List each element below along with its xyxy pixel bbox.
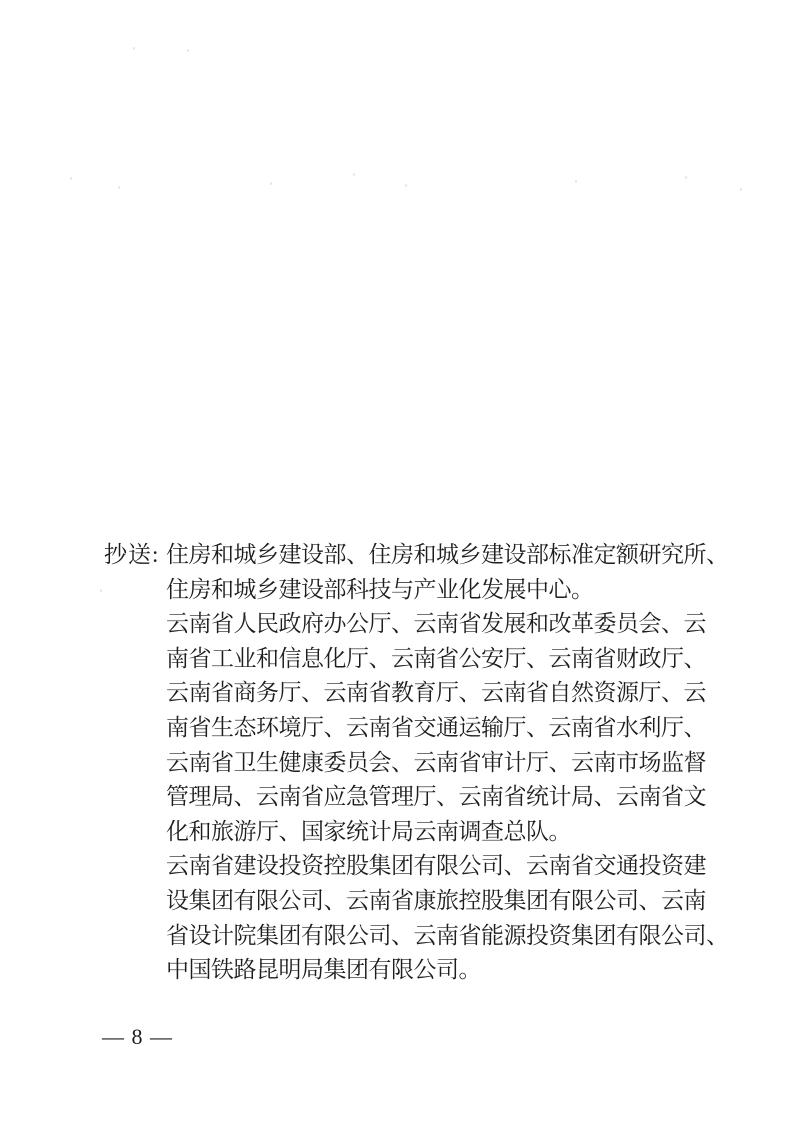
cc-line: 化和旅游厅、国家统计局云南调查总队。 (166, 815, 744, 850)
scan-noise-speck (270, 182, 272, 185)
cc-line: 云南省人民政府办公厅、云南省发展和改革委员会、云 (166, 607, 744, 642)
cc-line: 省设计院集团有限公司、云南省能源投资集团有限公司、 (166, 919, 744, 954)
scan-noise-speck (187, 49, 189, 52)
scan-noise-speck (685, 176, 687, 179)
scan-noise-speck (70, 177, 72, 180)
cc-line: 云南省商务厅、云南省教育厅、云南省自然资源厅、云 (166, 676, 744, 711)
scanned-document-page: 抄送: 住房和城乡建设部、住房和城乡建设部标准定额研究所、住房和城乡建设部科技与… (0, 0, 793, 1122)
cc-line: 南省生态环境厅、云南省交通运输厅、云南省水利厅、 (166, 711, 744, 746)
scan-noise-speck (100, 589, 102, 592)
scan-noise-speck (405, 184, 407, 187)
cc-line: 中国铁路昆明局集团有限公司。 (166, 953, 744, 988)
cc-label: 抄送: (104, 538, 159, 573)
scan-noise-speck (575, 180, 577, 183)
cc-line: 南省工业和信息化厅、云南省公安厅、云南省财政厅、 (166, 642, 744, 677)
cc-recipient-lines: 住房和城乡建设部、住房和城乡建设部标准定额研究所、住房和城乡建设部科技与产业化发… (166, 538, 744, 988)
cc-line: 云南省建设投资控股集团有限公司、云南省交通投资建 (166, 849, 744, 884)
cc-line: 云南省卫生健康委员会、云南省审计厅、云南市场监督 (166, 746, 744, 781)
cc-line: 住房和城乡建设部科技与产业化发展中心。 (166, 573, 744, 608)
cc-line: 住房和城乡建设部、住房和城乡建设部标准定额研究所、 (166, 538, 744, 573)
scan-noise-speck (353, 173, 355, 176)
cc-line: 设集团有限公司、云南省康旅控股集团有限公司、云南 (166, 884, 744, 919)
page-number: — 8 — (102, 1022, 173, 1052)
scan-noise-speck (133, 47, 135, 50)
cc-line: 管理局、云南省应急管理厅、云南省统计局、云南省文 (166, 780, 744, 815)
scan-noise-speck (118, 186, 120, 189)
scan-noise-speck (740, 188, 742, 191)
